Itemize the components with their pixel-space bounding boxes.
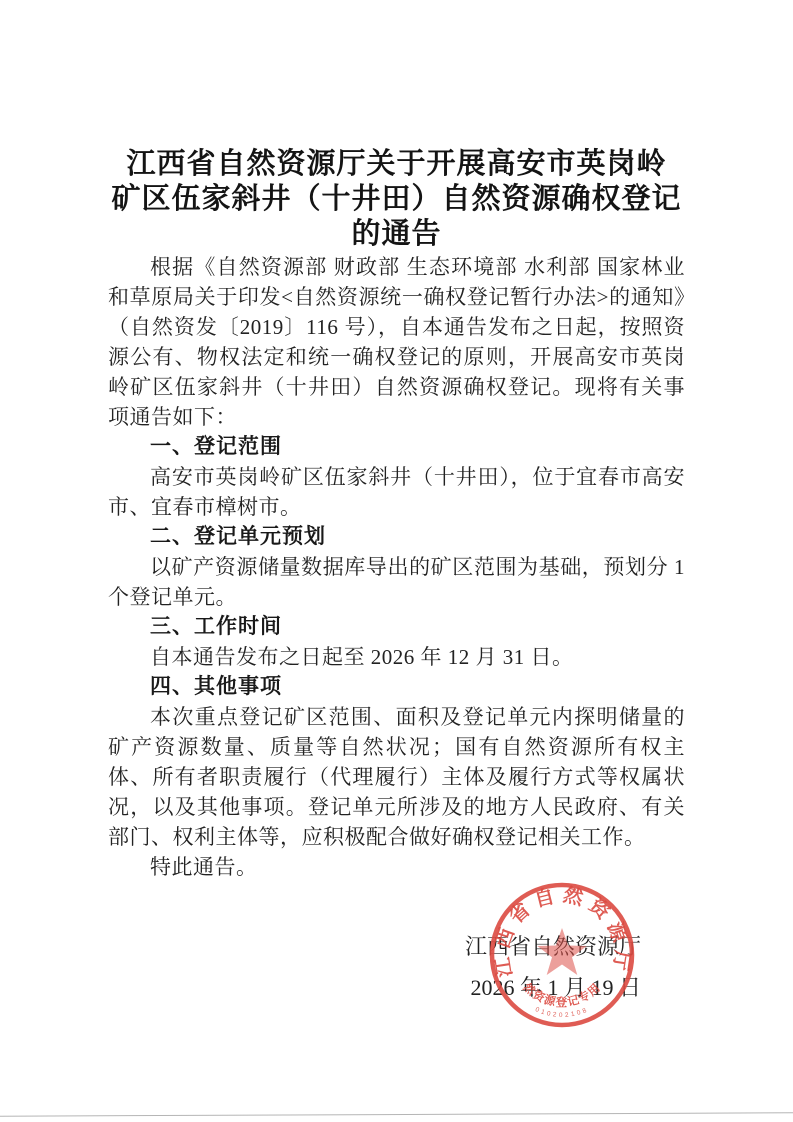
issuer-name: 江西省自然资源厅 [465,926,641,967]
issue-date: 2026 年 1 月 19 日 [465,967,641,1008]
section-1-text: 高安市英岗岭矿区伍家斜井（十井田），位于宜春市高安市、宜春市樟树市。 [108,462,685,522]
section-2-heading: 二、登记单元预划 [108,522,685,552]
signature-block: 江西省自然资源厅 2026 年 1 月 19 日 [465,926,641,1008]
page-bottom-edge [0,1112,793,1116]
section-4-heading: 四、其他事项 [108,672,685,702]
section-3-text: 自本通告发布之日起至 2026 年 12 月 31 日。 [108,642,685,672]
document-body: 根据《自然资源部 财政部 生态环境部 水利部 国家林业和草原局关于印发<自然资源… [108,252,685,882]
closing-text: 特此通告。 [108,852,685,882]
page-title-line-2: 矿区伍家斜井（十井田）自然资源确权登记 [86,182,707,217]
document-page: 江西省自然资源厅关于开展高安市英岗岭 矿区伍家斜井（十井田）自然资源确权登记 的… [0,0,793,1122]
page-title-line-1: 江西省自然资源厅关于开展高安市英岗岭 [86,147,707,182]
section-2-text: 以矿产资源储量数据库导出的矿区范围为基础，预划分 1 个登记单元。 [108,552,685,612]
section-1-heading: 一、登记范围 [108,432,685,462]
section-4-text: 本次重点登记矿区范围、面积及登记单元内探明储量的矿产资源数量、质量等自然状况；国… [108,702,685,852]
intro-paragraph: 根据《自然资源部 财政部 生态环境部 水利部 国家林业和草原局关于印发<自然资源… [108,252,685,432]
page-title: 江西省自然资源厅关于开展高安市英岗岭 矿区伍家斜井（十井田）自然资源确权登记 的… [86,147,707,252]
page-title-line-3: 的通告 [86,217,707,252]
section-3-heading: 三、工作时间 [108,612,685,642]
